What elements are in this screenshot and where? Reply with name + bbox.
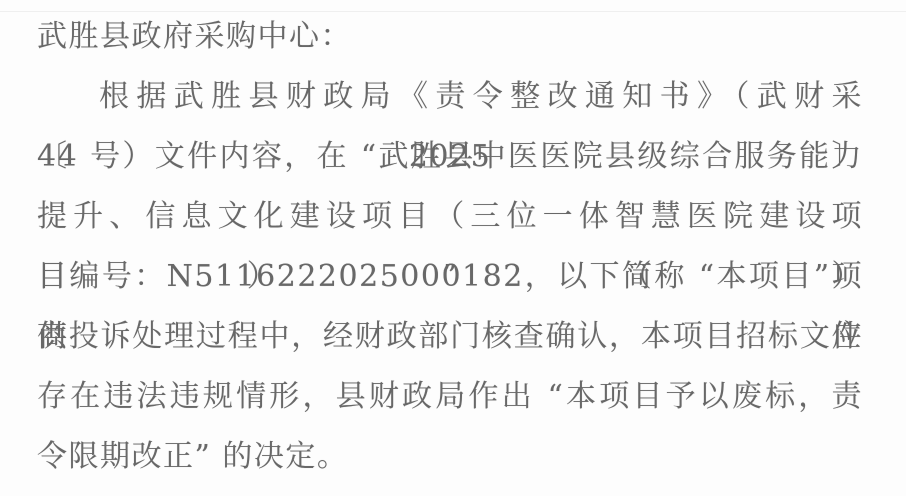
body-line-3: 提升、信息文化建设项目（三位一体智慧医院建设项目）”（项 <box>37 187 863 247</box>
body-line-2: 44 号）文件内容，在 “武胜县中医医院县级综合服务能力 <box>37 127 863 187</box>
body-line-7: 令限期改正” 的决定。 <box>37 427 863 487</box>
salutation-line: 武胜县政府采购中心： <box>37 7 863 67</box>
document-text-block: 武胜县政府采购中心： 根据武胜县财政局《责令整改通知书》（武财采〔2025〕 4… <box>37 7 863 487</box>
body-line-5: 商投诉处理过程中，经财政部门核查确认，本项目招标文件 <box>37 307 863 367</box>
body-line-1: 根据武胜县财政局《责令整改通知书》（武财采〔2025〕 <box>37 67 863 127</box>
body-line-4: 目编号：N5116222025000182，以下简称 “本项目”）供应 <box>37 247 863 307</box>
document-page: 武胜县政府采购中心： 根据武胜县财政局《责令整改通知书》（武财采〔2025〕 4… <box>0 0 906 496</box>
body-line-6: 存在违法违规情形，县财政局作出 “本项目予以废标，责 <box>37 367 863 427</box>
